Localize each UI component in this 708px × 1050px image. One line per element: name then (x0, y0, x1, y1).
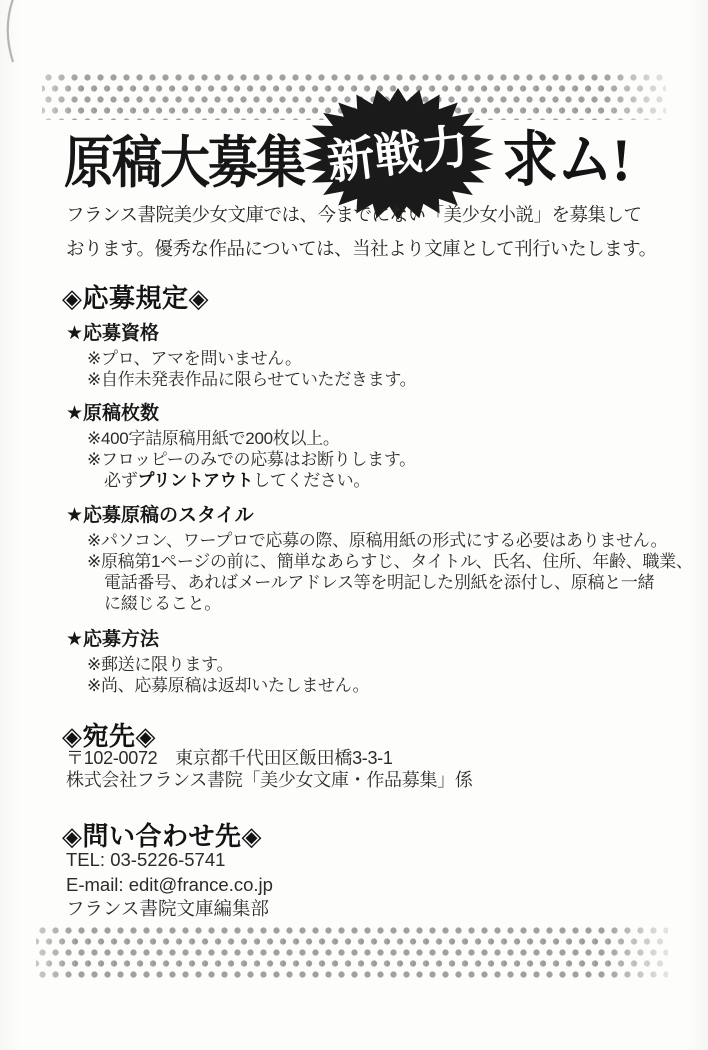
rule-group-page-count: ★原稿枚数 ※400字詰原稿用紙で200枚以上。 ※フロッピーのみでの応募はお断… (66, 398, 676, 491)
note-line: ※フロッピーのみでの応募はお断りします。 (66, 449, 676, 470)
contact-tel: TEL: 03-5226-5741 (66, 848, 273, 873)
group-title: ★原稿枚数 (66, 398, 676, 425)
rules-heading: ◈応募規定◈ (62, 278, 209, 315)
intro-line-1: フランス書院美少女文庫では、今までにない「美少女小説」を募集して (66, 198, 657, 232)
contact-email: E-mail: edit@france.co.jp (66, 873, 273, 898)
group-title: ★応募方法 (66, 624, 676, 651)
page-title: 原稿大募集 (64, 118, 304, 199)
halftone-band-bottom (36, 925, 668, 981)
note-line: ※プロ、アマを問いません。 (66, 348, 676, 369)
address-line-company: 株式会社フランス書院「美少女文庫・作品募集」係 (66, 770, 473, 792)
page-title-suffix: 求ム! (502, 112, 630, 198)
page-curl-mark (0, 0, 30, 70)
print-instruction: 必ずプリントアウトしてください。 (66, 470, 676, 491)
note-line-continuation: に綴じること。 (66, 593, 676, 614)
contact-block: TEL: 03-5226-5741 E-mail: edit@france.co… (66, 848, 273, 922)
print-instruction-bold: プリントアウト (137, 471, 253, 490)
rule-group-qualification: ★応募資格 ※プロ、アマを問いません。 ※自作未発表作品に限らせていただきます。 (66, 318, 676, 390)
print-instruction-pre: 必ず (104, 471, 137, 490)
intro-line-2: おります。優秀な作品については、当社より文庫として刊行いたします。 (66, 232, 657, 266)
note-line-continuation: 電話番号、あればメールアドレス等を明記した別紙を添付し、原稿と一緒 (66, 572, 676, 593)
note-line: ※パソコン、ワープロで応募の際、原稿用紙の形式にする必要はありません。 (66, 530, 676, 551)
intro-paragraph: フランス書院美少女文庫では、今までにない「美少女小説」を募集して おります。優秀… (66, 198, 657, 266)
note-line: ※尚、応募原稿は返却いたしません。 (66, 675, 676, 696)
note-line: ※原稿第1ページの前に、簡単なあらすじ、タイトル、氏名、住所、年齢、職業、 (66, 551, 676, 572)
contact-department: フランス書院文庫編集部 (66, 897, 273, 922)
note-line: ※郵送に限ります。 (66, 654, 676, 675)
scanned-page: 原稿大募集 新戦力 求ム! フランス書院美少女文庫では、今までにない「美少女小説… (0, 0, 708, 1050)
group-title: ★応募原稿のスタイル (66, 500, 676, 527)
rule-group-method: ★応募方法 ※郵送に限ります。 ※尚、応募原稿は返却いたしません。 (66, 624, 676, 696)
rule-group-style: ★応募原稿のスタイル ※パソコン、ワープロで応募の際、原稿用紙の形式にする必要は… (66, 500, 676, 614)
address-block: 〒102-0072 東京都千代田区飯田橋3-3-1 株式会社フランス書院「美少女… (66, 748, 473, 791)
note-line: ※400字詰原稿用紙で200枚以上。 (66, 428, 676, 449)
print-instruction-post: してください。 (253, 471, 370, 490)
note-line: ※自作未発表作品に限らせていただきます。 (66, 369, 676, 390)
group-title: ★応募資格 (66, 318, 676, 345)
address-line-postal: 〒102-0072 東京都千代田区飯田橋3-3-1 (66, 748, 473, 770)
